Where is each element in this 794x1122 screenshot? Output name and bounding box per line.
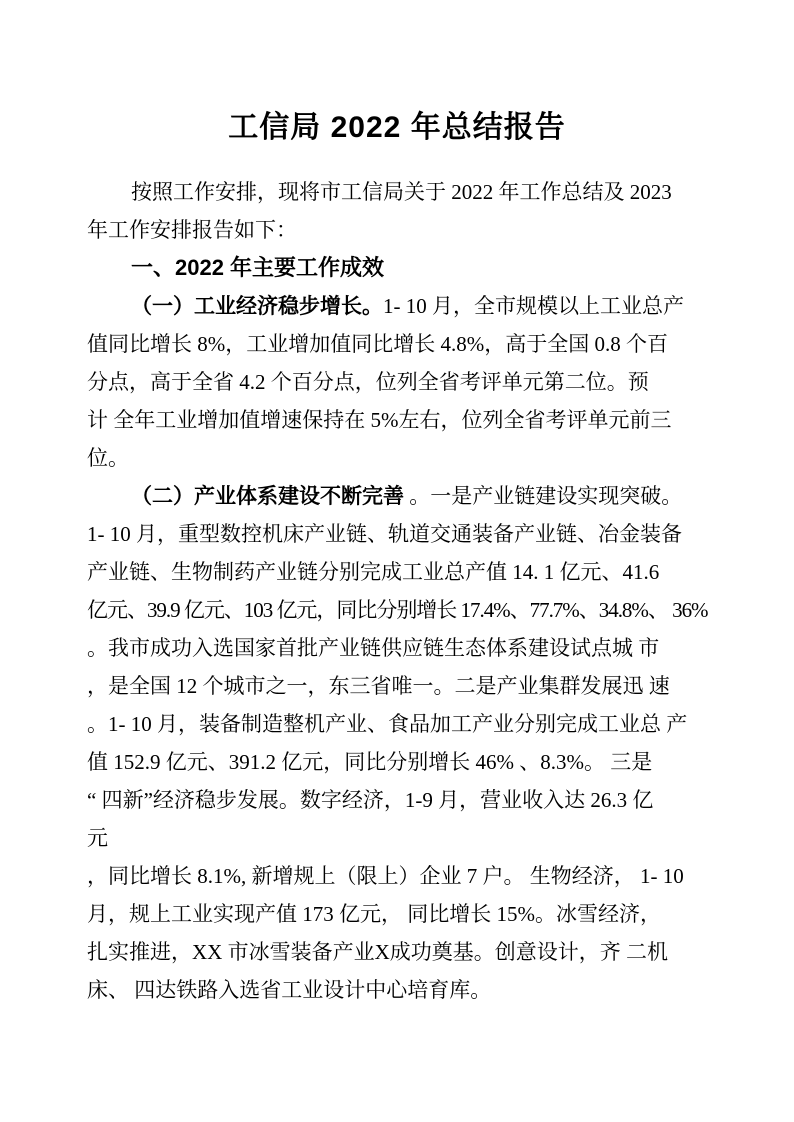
text-line: 产业链、生物制药产业链分别完成工业总产值 14. 1 亿元、41.6 [87,553,707,591]
body-text: 。1- 10 月，装备制造整机产业、食品加工产业分别完成工业总 产 [87,712,687,736]
body-text: 产业链、生物制药产业链分别完成工业总产值 14. 1 亿元、41.6 [87,560,659,584]
text-line: 一、2022 年主要工作成效 [87,249,707,287]
text-line: （一）工业经济稳步增长。1- 10 月，全市规模以上工业总产 [87,287,707,325]
text-line: “ 四新”经济稳步发展。数字经济，1-9 月，营业收入达 26.3 亿 [87,781,707,819]
body-text: 床、 四达铁路入选省工业设计中心培育库。 [87,978,491,1002]
text-line: 。1- 10 月，装备制造整机产业、食品加工产业分别完成工业总 产 [87,705,707,743]
text-line: 亿元、39.9 亿元、103 亿元，同比分别增长 17.4%、77.7%、34.… [87,591,707,629]
body-text: 按照工作安排，现将市工信局关于 2022 年工作总结及 2023 [131,180,672,204]
text-line: 位。 [87,439,707,477]
text-line: 床、 四达铁路入选省工业设计中心培育库。 [87,971,707,1009]
text-line: 扎实推进，XX 市冰雪装备产业X成功奠基。创意设计，齐 二机 [87,933,707,971]
text-line: 分点，高于全省 4.2 个百分点，位列全省考评单元第二位。预 [87,363,707,401]
body-text: 。一是产业链建设实现突破。 [404,484,682,508]
body-text: 1- 10 月，全市规模以上工业总产 [383,294,684,318]
text-line: 值 152.9 亿元、391.2 亿元，同比分别增长 46% 、8.3%。 三是 [87,743,707,781]
body-text: 值 152.9 亿元、391.2 亿元，同比分别增长 46% 、8.3%。 三是 [87,750,652,774]
emphasis-text: （一）工业经济稳步增长。 [131,294,383,318]
body-text: 元 [87,826,108,850]
text-line: 值同比增长 8%，工业增加值同比增长 4.8%，高于全国 0.8 个百 [87,325,707,363]
document-body: 按照工作安排，现将市工信局关于 2022 年工作总结及 2023年工作安排报告如… [87,173,707,1009]
body-text: 值同比增长 8%，工业增加值同比增长 4.8%，高于全国 0.8 个百 [87,332,668,356]
emphasis-text: （二）产业体系建设不断完善 [131,484,404,508]
body-text: 。我市成功入选国家首批产业链供应链生态体系建设试点城 市 [87,636,659,660]
body-text: 扎实推进，XX 市冰雪装备产业X成功奠基。创意设计，齐 二机 [87,940,668,964]
text-line: 计 全年工业增加值增速保持在 5%左右，位列全省考评单元前三 [87,401,707,439]
document-title: 工信局 2022 年总结报告 [87,106,707,150]
body-text: 位。 [87,446,129,470]
document-page: 工信局 2022 年总结报告 按照工作安排，现将市工信局关于 2022 年工作总… [0,0,794,1122]
body-text: 计 全年工业增加值增速保持在 5%左右，位列全省考评单元前三 [87,408,672,432]
body-text: ，同比增长 8.1%, 新增规上（限上）企业 7 户。 生物经济， 1- 10 [87,864,684,888]
body-text: “ 四新”经济稳步发展。数字经济，1-9 月，营业收入达 26.3 亿 [87,788,653,812]
text-line: 元 [87,819,707,857]
body-text: ，是全国 12 个城市之一，东三省唯一。二是产业集群发展迅 速 [87,674,670,698]
text-line: （二）产业体系建设不断完善 。一是产业链建设实现突破。 [87,477,707,515]
text-line: ，是全国 12 个城市之一，东三省唯一。二是产业集群发展迅 速 [87,667,707,705]
text-line: ，同比增长 8.1%, 新增规上（限上）企业 7 户。 生物经济， 1- 10 [87,857,707,895]
text-line: 。我市成功入选国家首批产业链供应链生态体系建设试点城 市 [87,629,707,667]
body-text: 亿元、39.9 亿元、103 亿元，同比分别增长 17.4%、77.7%、34.… [87,598,708,622]
text-line: 1- 10 月，重型数控机床产业链、轨道交通装备产业链、冶金装备 [87,515,707,553]
body-text: 年工作安排报告如下： [87,218,297,242]
body-text: 分点，高于全省 4.2 个百分点，位列全省考评单元第二位。预 [87,370,649,394]
text-line: 按照工作安排，现将市工信局关于 2022 年工作总结及 2023 [87,173,707,211]
emphasis-text: 一、2022 年主要工作成效 [131,255,384,280]
body-text: 月，规上工业实现产值 173 亿元， 同比增长 15%。冰雪经济， [87,902,661,926]
text-line: 月，规上工业实现产值 173 亿元， 同比增长 15%。冰雪经济， [87,895,707,933]
body-text: 1- 10 月，重型数控机床产业链、轨道交通装备产业链、冶金装备 [87,522,682,546]
text-line: 年工作安排报告如下： [87,211,707,249]
